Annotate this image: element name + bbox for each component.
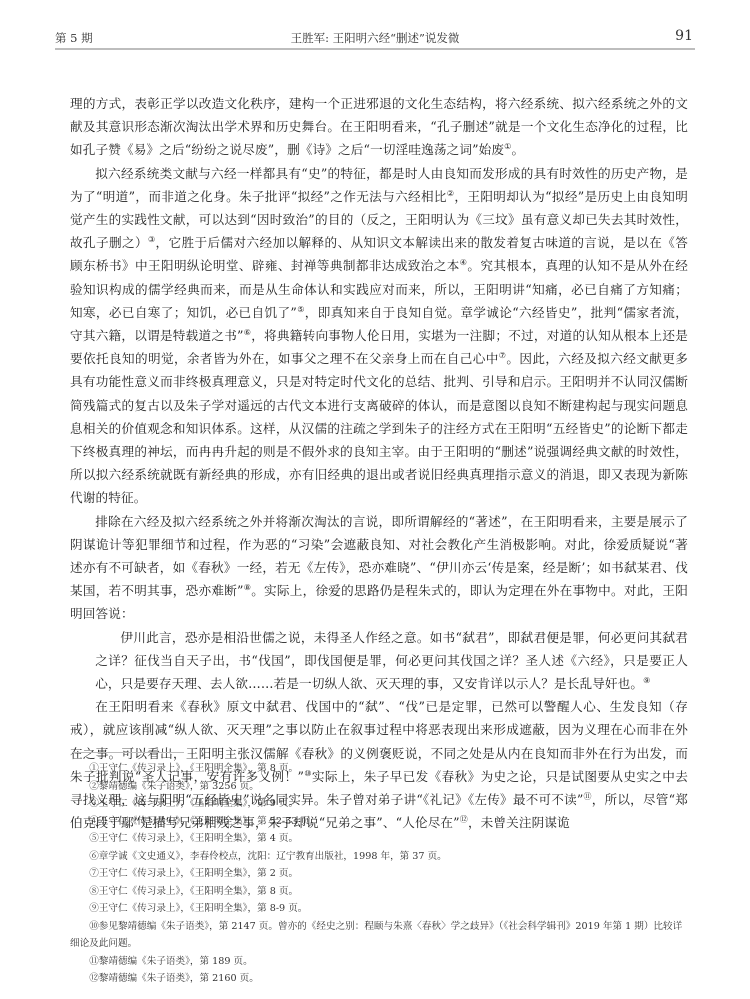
footnotes: ①王守仁《传习录上》，《王阳明全集》，第 8 页。 ②黎靖德编《朱子语类》，第 … <box>70 760 690 988</box>
article-body: 理的方式，表彰正学以改造文化秩序，建构一个正进邪退的文化生态结构，将六经系统、拟… <box>70 92 688 835</box>
footnote-1: ①王守仁《传习录上》，《王阳明全集》，第 8 页。 <box>70 760 690 778</box>
running-title: 王胜军: 王阳明六经“删述”说发微 <box>55 30 695 46</box>
footnote-4: ④王守仁《传习录中》，《王阳明全集》，第 52-53 页。 <box>70 813 690 831</box>
paragraph-continuation: 理的方式，表彰正学以改造文化秩序，建构一个正进邪退的文化生态结构，将六经系统、拟… <box>70 92 688 162</box>
footnote-8: ⑧王守仁《传习录上》，《王阳明全集》，第 8 页。 <box>70 883 690 901</box>
paragraph-niliujing: 拟六经系统类文献与六经一样都具有“史”的特征，都是时人由良知而发形成的具有时效性… <box>70 162 688 510</box>
running-header: 第 5 期 王胜军: 王阳明六经“删述”说发微 91 <box>55 28 695 50</box>
footnote-ref[interactable]: ⑤ <box>297 305 305 314</box>
footnote-6: ⑥章学诚《文史通义》，李春伶校点，沈阳：辽宁教育出版社，1998 年，第 37 … <box>70 848 690 866</box>
footnote-5: ⑤王守仁《传习录上》，《王阳明全集》，第 4 页。 <box>70 830 690 848</box>
footnote-10: ⑩参见黎靖德编《朱子语类》，第 2147 页。曾亦的《经史之别：程颐与朱熹〈春秋… <box>70 918 690 953</box>
paragraph-zhushu: 排除在六经及拟六经系统之外并将渐次淘汰的言说，即所谓解经的“著述”，在王阳明看来… <box>70 510 688 626</box>
footnote-2: ②黎靖德编《朱子语类》，第 3256 页。 <box>70 778 690 796</box>
footnote-11: ⑪黎靖德编《朱子语类》，第 189 页。 <box>70 953 690 971</box>
footnote-ref[interactable]: ⑨ <box>643 676 650 685</box>
footnote-3: ③王守仁《传习录上》，《王阳明全集》，第 9 页。 <box>70 795 690 813</box>
footnote-12: ⑫黎靖德编《朱子语类》，第 2160 页。 <box>70 970 690 988</box>
footnote-7: ⑦王守仁《传习录上》，《王阳明全集》，第 2 页。 <box>70 865 690 883</box>
footnote-9: ⑨王守仁《传习录上》，《王阳明全集》，第 8-9 页。 <box>70 900 690 918</box>
footnote-ref[interactable]: ③ <box>148 235 156 244</box>
page-number: 91 <box>675 28 693 44</box>
block-quote: 伊川此言，恐亦是相沿世儒之说，未得圣人作经之意。如书“弑君”，即弑君便是罪，何必… <box>95 626 688 696</box>
footnote-divider <box>72 752 184 753</box>
